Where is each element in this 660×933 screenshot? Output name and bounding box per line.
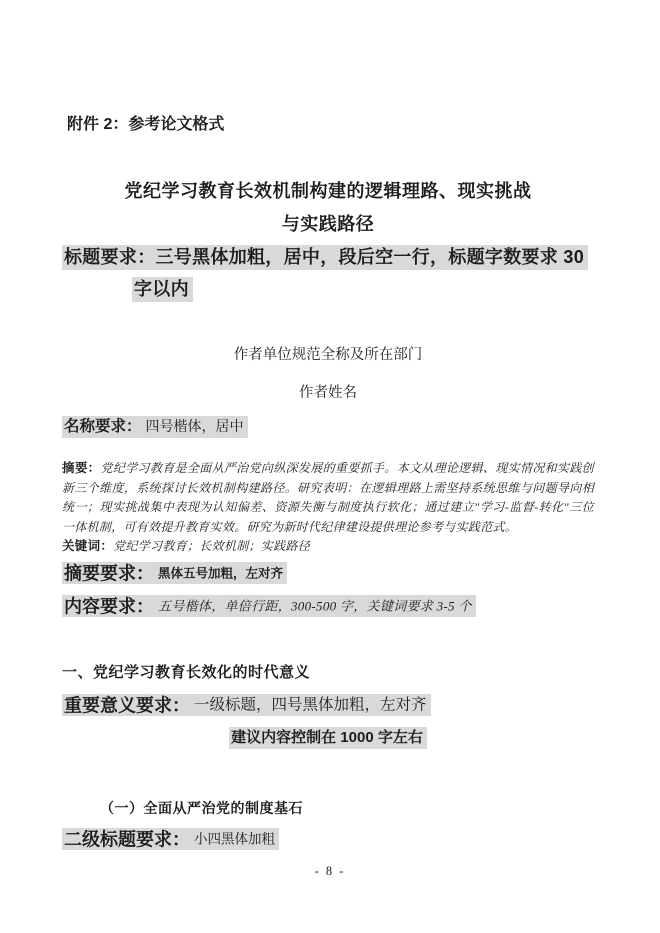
title-requirement-text2: 字以内 (132, 277, 193, 302)
abstract-label: 摘要： (62, 461, 101, 475)
attachment-label: 附件 2：参考论文格式 (62, 113, 594, 137)
name-requirement: 名称要求： 四号楷体，居中 (62, 415, 594, 440)
subheading-requirement: 二级标题要求： 小四黑体加粗 (62, 826, 594, 852)
page-number: - 8 - (0, 863, 660, 879)
paper-title-line2: 与实践路径 (62, 208, 594, 241)
subheading-requirement-text: 小四黑体加粗 (194, 832, 275, 847)
abstract-requirement-label: 摘要要求： (64, 563, 154, 583)
abstract-paragraph: 摘要：党纪学习教育是全面从严治党向纵深发展的重要抓手。本文从理论逻辑、现实情况和… (62, 459, 594, 537)
title-requirement-text: 三号黑体加粗，居中，段后空一行，标题字数要求 30 (156, 247, 585, 267)
keywords-label: 关键词： (62, 539, 113, 553)
title-requirement-line2: 字以内 (62, 273, 594, 305)
abstract-text: 党纪学习教育是全面从严治党向纵深发展的重要抓手。本文从理论逻辑、现实情况和实践创… (62, 461, 594, 534)
subheading-requirement-label: 二级标题要求： (64, 830, 190, 850)
author-name: 作者姓名 (62, 384, 594, 402)
keywords-text: 党纪学习教育；长效机制；实践路径 (113, 539, 310, 553)
paper-title: 党纪学习教育长效机制构建的逻辑理路、现实挑战 与实践路径 (62, 175, 594, 241)
section-1-heading: 一、党纪学习教育长效化的时代意义 (62, 663, 594, 683)
subsection-1-heading: （一）全面从严治党的制度基石 (62, 799, 594, 818)
name-requirement-label: 名称要求： (64, 418, 142, 435)
importance-requirement-label: 重要意义要求： (64, 695, 190, 715)
paper-title-line1: 党纪学习教育长效机制构建的逻辑理路、现实挑战 (62, 175, 594, 208)
importance-requirement-note-text: 建议内容控制在 1000 字左右 (229, 727, 427, 749)
title-requirement-line1: 标题要求：三号黑体加粗，居中，段后空一行，标题字数要求 30 (62, 241, 594, 273)
document-page: 附件 2：参考论文格式 党纪学习教育长效机制构建的逻辑理路、现实挑战 与实践路径… (0, 0, 660, 933)
attachment-label-text: 附件 2：参考论文格式 (67, 116, 224, 133)
importance-requirement-note: 建议内容控制在 1000 字左右 (62, 725, 594, 751)
keywords-line: 关键词：党纪学习教育；长效机制；实践路径 (62, 537, 594, 557)
content-requirement: 内容要求： 五号楷体，单倍行距，300-500 字，关键词要求 3-5 个 (62, 593, 594, 619)
importance-requirement: 重要意义要求： 一级标题，四号黑体加粗，左对齐 (62, 692, 594, 718)
title-requirement: 标题要求：三号黑体加粗，居中，段后空一行，标题字数要求 30 字以内 (62, 241, 594, 305)
importance-requirement-text: 一级标题，四号黑体加粗，左对齐 (194, 696, 427, 713)
content-requirement-label: 内容要求： (64, 596, 154, 616)
author-affiliation: 作者单位规范全称及所在部门 (62, 346, 594, 364)
name-requirement-text: 四号楷体，居中 (146, 420, 244, 435)
abstract-requirement-text: 黑体五号加粗，左对齐 (158, 566, 283, 580)
content-requirement-text: 五号楷体，单倍行距，300-500 字，关键词要求 3-5 个 (158, 598, 472, 613)
title-requirement-label: 标题要求： (64, 247, 156, 267)
abstract-requirement: 摘要要求： 黑体五号加粗，左对齐 (62, 560, 594, 586)
